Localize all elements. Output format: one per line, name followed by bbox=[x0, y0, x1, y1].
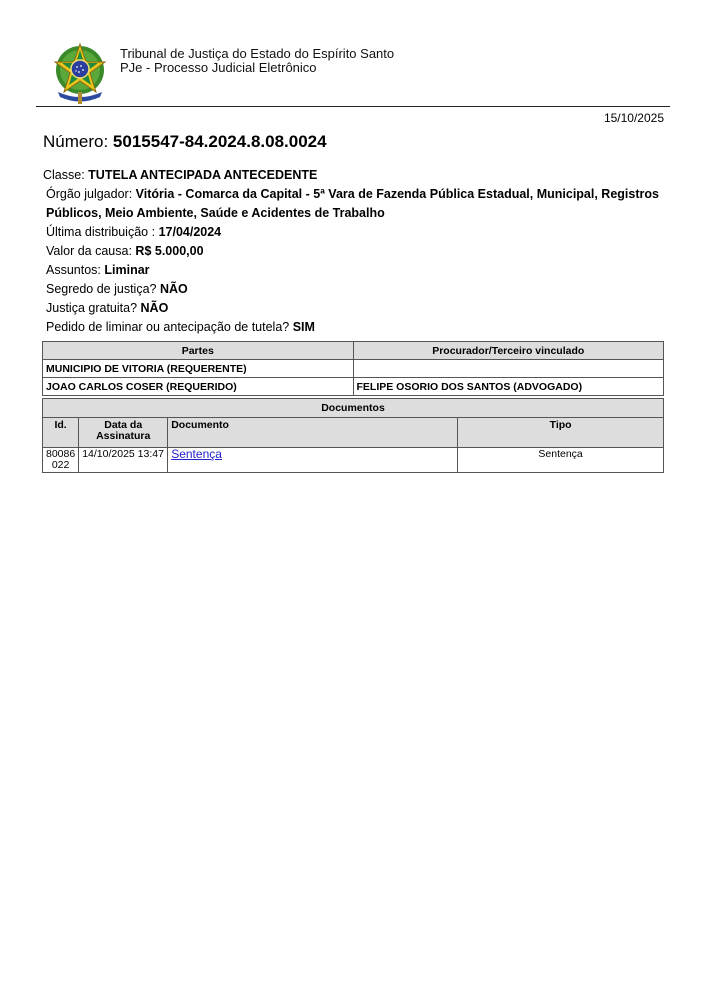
system-name: PJe - Processo Judicial Eletrônico bbox=[120, 61, 394, 75]
orgao-julgador-value: Vitória - Comarca da Capital - 5ª Vara d… bbox=[46, 187, 659, 220]
process-details: Classe: TUTELA ANTECIPADA ANTECEDENTE Ór… bbox=[43, 166, 673, 337]
documentos-title: Documentos bbox=[43, 399, 664, 418]
header-text: Tribunal de Justiça do Estado do Espírit… bbox=[120, 47, 394, 75]
parte-cell: MUNICIPIO DE VITORIA (REQUERENTE) bbox=[43, 360, 354, 378]
procurador-cell bbox=[353, 360, 664, 378]
detail-classe: Classe: TUTELA ANTECIPADA ANTECEDENTE bbox=[43, 166, 673, 185]
classe-label: Classe: bbox=[43, 168, 85, 182]
partes-table: Partes Procurador/Terceiro vinculado MUN… bbox=[42, 341, 664, 396]
table-row: JOAO CARLOS COSER (REQUERIDO) FELIPE OSO… bbox=[43, 378, 664, 396]
document-date-cell: 14/10/2025 13:47 bbox=[79, 448, 168, 473]
document-header: Tribunal de Justiça do Estado do Espírit… bbox=[36, 38, 670, 106]
procurador-header: Procurador/Terceiro vinculado bbox=[353, 342, 664, 360]
table-row: MUNICIPIO DE VITORIA (REQUERENTE) bbox=[43, 360, 664, 378]
header-divider bbox=[36, 106, 670, 107]
valor-causa-value: R$ 5.000,00 bbox=[135, 244, 203, 258]
orgao-julgador-label: Órgão julgador: bbox=[46, 187, 132, 201]
detail-ultima-distribuicao: Última distribuição : 17/04/2024 bbox=[43, 223, 673, 242]
pedido-liminar-value: SIM bbox=[293, 320, 315, 334]
brazil-coat-of-arms-icon bbox=[50, 40, 110, 106]
pedido-liminar-label: Pedido de liminar ou antecipação de tute… bbox=[46, 320, 289, 334]
document-name-cell: Sentença bbox=[168, 448, 458, 473]
valor-causa-label: Valor da causa: bbox=[46, 244, 132, 258]
detail-segredo-justica: Segredo de justiça? NÃO bbox=[43, 280, 673, 299]
document-link[interactable]: Sentença bbox=[171, 447, 222, 461]
print-date: 15/10/2025 bbox=[604, 111, 664, 125]
tipo-header: Tipo bbox=[458, 418, 664, 448]
detail-justica-gratuita: Justiça gratuita? NÃO bbox=[43, 299, 673, 318]
court-name: Tribunal de Justiça do Estado do Espírit… bbox=[120, 47, 394, 61]
ultima-distribuicao-value: 17/04/2024 bbox=[159, 225, 222, 239]
detail-pedido-liminar: Pedido de liminar ou antecipação de tute… bbox=[43, 318, 673, 337]
documentos-table: Documentos Id. Data da Assinatura Docume… bbox=[42, 398, 664, 473]
procurador-cell: FELIPE OSORIO DOS SANTOS (ADVOGADO) bbox=[353, 378, 664, 396]
document-id-part2: 022 bbox=[46, 460, 75, 471]
assuntos-value: Liminar bbox=[104, 263, 149, 277]
document-type-cell: Sentença bbox=[458, 448, 664, 473]
segredo-justica-value: NÃO bbox=[160, 282, 188, 296]
assuntos-label: Assuntos: bbox=[46, 263, 101, 277]
table-row: 80086 022 14/10/2025 13:47 Sentença Sent… bbox=[43, 448, 664, 473]
id-header: Id. bbox=[43, 418, 79, 448]
justica-gratuita-label: Justiça gratuita? bbox=[46, 301, 137, 315]
process-number-value: 5015547-84.2024.8.08.0024 bbox=[113, 132, 327, 151]
classe-value: TUTELA ANTECIPADA ANTECEDENTE bbox=[88, 168, 317, 182]
process-number-label: Número: bbox=[43, 132, 108, 151]
detail-valor-causa: Valor da causa: R$ 5.000,00 bbox=[43, 242, 673, 261]
document-id-cell: 80086 022 bbox=[43, 448, 79, 473]
partes-header: Partes bbox=[43, 342, 354, 360]
detail-assuntos: Assuntos: Liminar bbox=[43, 261, 673, 280]
documento-header: Documento bbox=[168, 418, 458, 448]
data-assinatura-header: Data da Assinatura bbox=[79, 418, 168, 448]
justica-gratuita-value: NÃO bbox=[141, 301, 169, 315]
parte-cell: JOAO CARLOS COSER (REQUERIDO) bbox=[43, 378, 354, 396]
ultima-distribuicao-label: Última distribuição : bbox=[46, 225, 155, 239]
detail-orgao-julgador: Órgão julgador: Vitória - Comarca da Cap… bbox=[43, 185, 673, 223]
segredo-justica-label: Segredo de justiça? bbox=[46, 282, 157, 296]
process-number: Número: 5015547-84.2024.8.08.0024 bbox=[43, 132, 327, 152]
